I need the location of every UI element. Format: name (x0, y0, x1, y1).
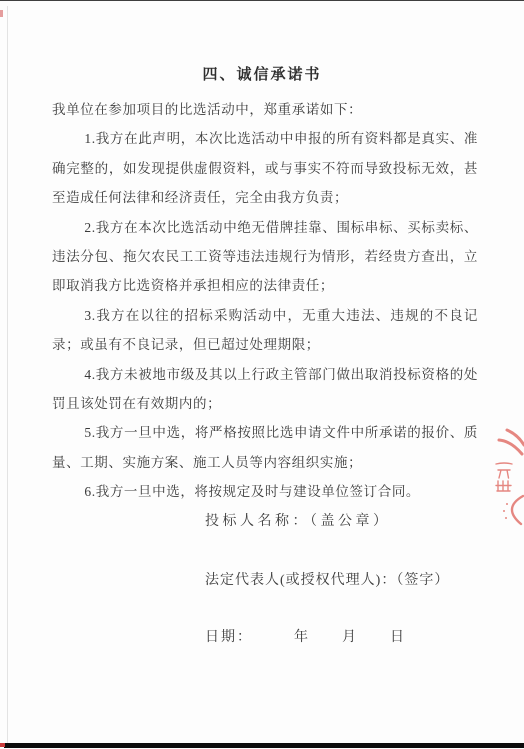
clause-5: 5.我方一旦中选，将严格按照比选申请文件中所承诺的报价、质量、工期、实施方案、施… (52, 418, 478, 477)
scan-red-mark-bottom (0, 743, 5, 747)
scan-edge-left (7, 6, 8, 743)
page-title: 四、诚信承诺书 (0, 63, 524, 84)
clause-2: 2.我方在本次比选活动中绝无借牌挂靠、围标串标、买标卖标、违法分包、拖欠农民工工… (52, 213, 478, 301)
scan-edge-bottom (4, 743, 524, 748)
clause-1: 1.我方在此声明，本次比选活动中申报的所有资料都是真实、准确完整的，如发现提供虚… (52, 124, 478, 212)
red-seal-fragment-icon (494, 428, 524, 528)
clause-4: 4.我方未被地市级及其以上行政主管部门做出取消投标资格的处罚且该处罚在有效期内的… (52, 360, 478, 419)
document-body: 我单位在参加项目的比选活动中，郑重承诺如下： 1.我方在此声明，本次比选活动中申… (52, 95, 478, 507)
clause-6: 6.我方一旦中选，将按规定及时与建设单位签订合同。 (52, 477, 478, 506)
document-page: 四、诚信承诺书 我单位在参加项目的比选活动中，郑重承诺如下： 1.我方在此声明，… (0, 0, 524, 749)
scan-red-mark-top (0, 10, 3, 17)
bidder-name-line: 投标人名称：（盖公章） (205, 510, 391, 530)
intro-paragraph: 我单位在参加项目的比选活动中，郑重承诺如下： (52, 95, 478, 124)
legal-representative-line: 法定代表人(或授权代理人)：（签字） (205, 569, 449, 589)
scan-edge-top (0, 0, 524, 1)
clause-3: 3.我方在以往的招标采购活动中，无重大违法、违规的不良记录；或虽有不良记录，但已… (52, 301, 478, 360)
date-line: 日期： 年 月 日 (205, 626, 406, 646)
